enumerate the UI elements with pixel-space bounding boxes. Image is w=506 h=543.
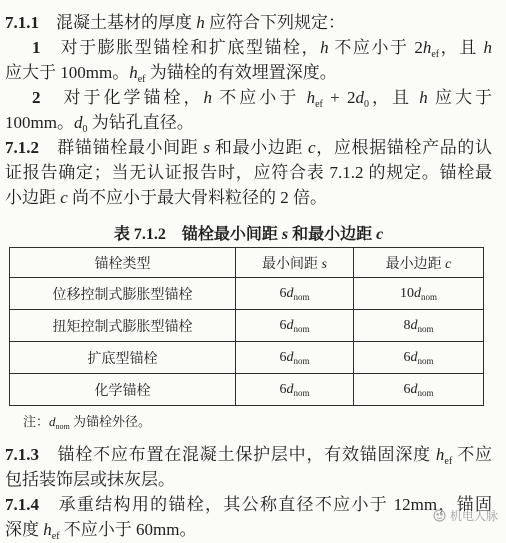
cell-min-spacing: 6dnom (236, 342, 354, 374)
anchor-spacing-table: 锚栓类型最小间距 s最小边距 c位移控制式膨胀型锚栓6dnom10dnom扭矩控… (9, 247, 484, 406)
clause-711-item2-cont: 100mm。d0 为钻孔直径。 (5, 110, 492, 135)
clause-714-line2: 深度 hef 不应小于 60mm。 (5, 517, 492, 542)
clause-711-heading: 7.1.1 混凝土基材的厚度 h 应符合下列规定： (5, 10, 492, 35)
clause-712-line3: 小边距 c 尚不应小于最大骨料粒径的 2 倍。 (5, 185, 492, 210)
col-header-min-spacing: 最小间距 s (236, 248, 354, 278)
clause-712-line1: 7.1.2 群锚锚栓最小间距 s 和最小边距 c，应根据锚栓产品的认 (5, 135, 492, 160)
cell-anchor-type: 扩底型锚栓 (10, 342, 236, 374)
clause-712-line2: 证报告确定；当无认证报告时，应符合表 7.1.2 的规定。锚栓最 (5, 160, 492, 185)
clause-711-item1-cont: 应大于 100mm。hef 为锚栓的有效埋置深度。 (5, 60, 492, 85)
table-row: 位移控制式膨胀型锚栓6dnom10dnom (10, 278, 484, 310)
clause-text-block: 7.1.1 混凝土基材的厚度 h 应符合下列规定：1 对于膨胀型锚栓和扩底型锚栓… (5, 10, 492, 210)
table-row: 化学锚栓6dnom6dnom (10, 374, 484, 406)
table-header-row: 锚栓类型最小间距 s最小边距 c (10, 248, 484, 278)
cell-min-spacing: 6dnom (236, 310, 354, 342)
watermark: 机电人脉 (433, 507, 498, 524)
clause-713-line2: 包括装饰层或抹灰层。 (5, 467, 492, 492)
cell-min-spacing: 6dnom (236, 374, 354, 406)
watermark-logo-icon (433, 509, 446, 522)
col-header-min-edge: 最小边距 c (354, 248, 484, 278)
cell-min-spacing: 6dnom (236, 278, 354, 310)
table-row: 扩底型锚栓6dnom6dnom (10, 342, 484, 374)
document-page: 7.1.1 混凝土基材的厚度 h 应符合下列规定：1 对于膨胀型锚栓和扩底型锚栓… (0, 0, 506, 543)
cell-min-edge: 8dnom (354, 310, 484, 342)
cell-anchor-type: 化学锚栓 (10, 374, 236, 406)
table-row: 扭矩控制式膨胀型锚栓6dnom8dnom (10, 310, 484, 342)
cell-min-edge: 6dnom (354, 374, 484, 406)
clause-711-item2: 2 对于化学锚栓，h 不应小于 hef + 2d0，且 h 应大于 (5, 85, 492, 110)
cell-min-edge: 10dnom (354, 278, 484, 310)
clause-711-item1: 1 对于膨胀型锚栓和扩底型锚栓，h 不应小于 2hef，且 h (5, 35, 492, 60)
cell-min-edge: 6dnom (354, 342, 484, 374)
clause-713-line1: 7.1.3 锚栓不应布置在混凝土保护层中，有效锚固深度 hef 不应 (5, 442, 492, 467)
cell-anchor-type: 扭矩控制式膨胀型锚栓 (10, 310, 236, 342)
clause-text-block-bottom: 7.1.3 锚栓不应布置在混凝土保护层中，有效锚固深度 hef 不应包括装饰层或… (5, 442, 492, 542)
table-note: 注：dnom 为锚栓外径。 (23, 414, 492, 430)
col-header-anchor-type: 锚栓类型 (10, 248, 236, 278)
watermark-label: 机电人脉 (450, 507, 498, 524)
clause-714-line1: 7.1.4 承重结构用的锚栓，其公称直径不应小于 12mm，锚固 (5, 492, 492, 517)
cell-anchor-type: 位移控制式膨胀型锚栓 (10, 278, 236, 310)
table-caption: 表 7.1.2 锚栓最小间距 s 和最小边距 c (5, 226, 492, 244)
